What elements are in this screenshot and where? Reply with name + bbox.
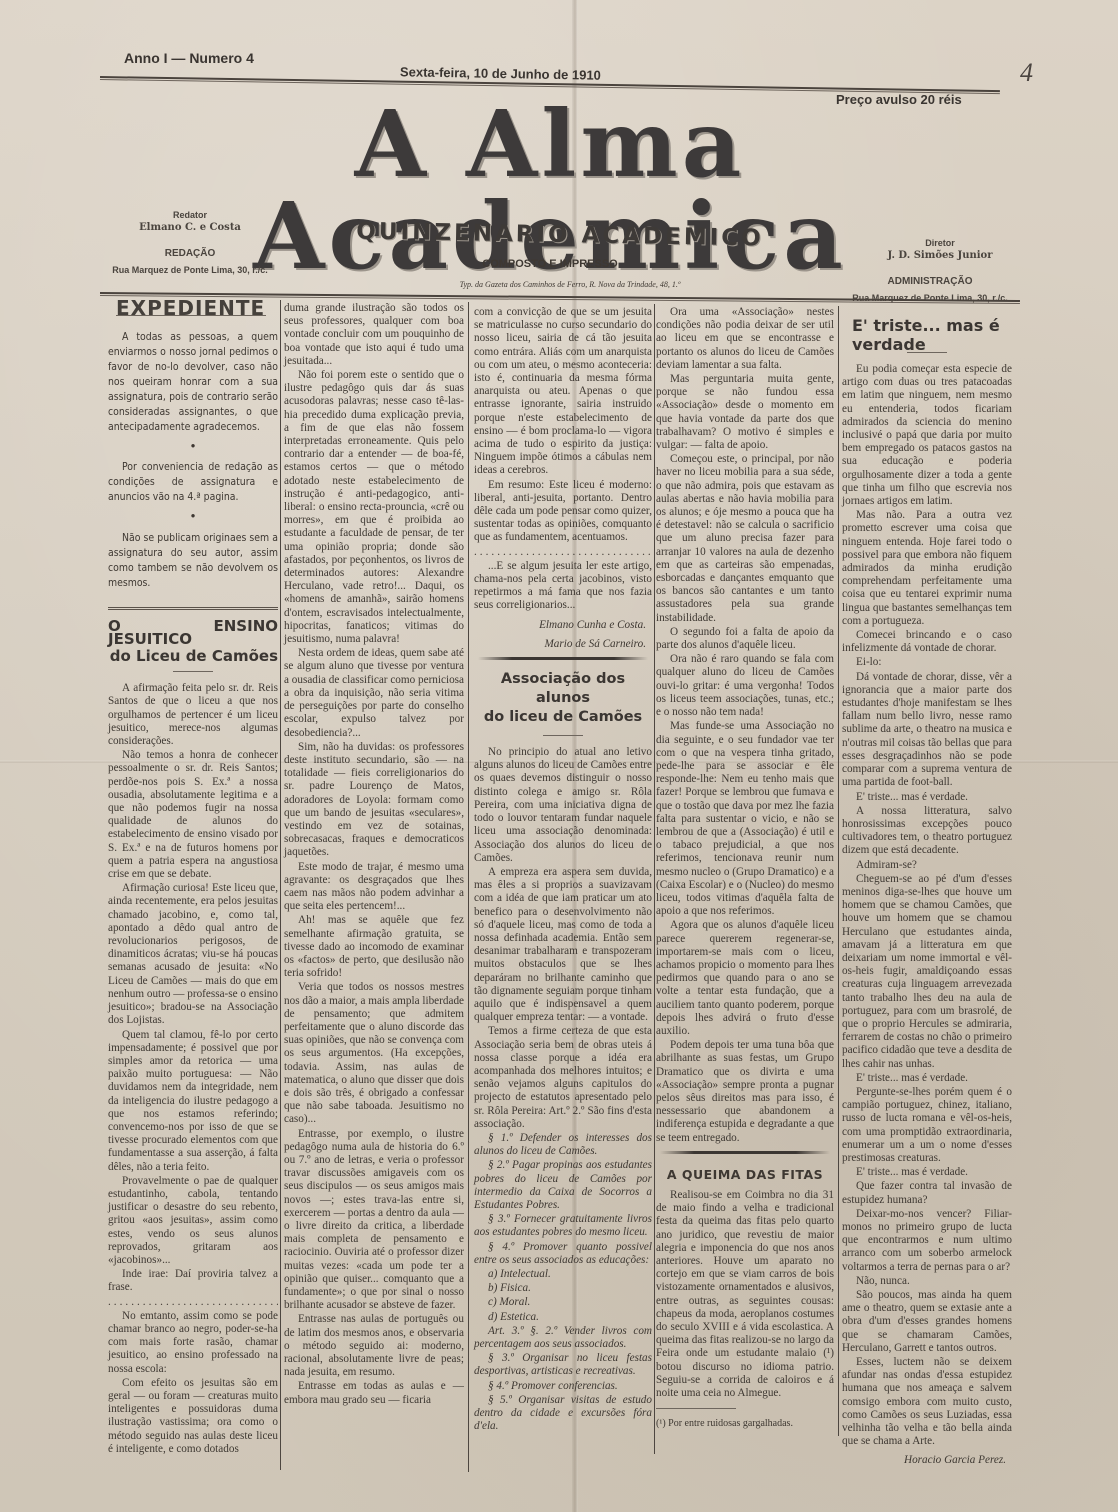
- paragraph: O segundo foi a falta de apoio da parte …: [656, 626, 834, 652]
- column-rule: [468, 302, 469, 1472]
- paragraph: § 2.º Pagar propinas aos estudantes pobr…: [474, 1159, 652, 1212]
- redator-block: Redator Elmano C. e Costa: [110, 210, 270, 233]
- column-rule: [654, 304, 655, 1454]
- ensino-body-col1: A afirmação feita pelo sr. dr. Reis Sant…: [108, 682, 278, 1456]
- paragraph: Entrasse, por exemplo, o ilustre pedagôg…: [284, 1128, 464, 1313]
- list-item: a) Intelectual.: [474, 1268, 652, 1281]
- column-2: duma grande ilustração são todos os seus…: [284, 302, 464, 1408]
- bullet-ornament: ●: [108, 509, 278, 522]
- issue-date: Sexta-feira, 10 de Junho de 1910: [400, 64, 601, 83]
- list-item: b) Fisica.: [474, 1282, 652, 1295]
- paragraph: Não temos a honra de conhecer pessoalmen…: [108, 749, 278, 881]
- column-1: EXPEDIENTE A todas as pessoas, a quem en…: [108, 300, 278, 1457]
- paragraph: § 3.º Organisar no liceu festas desporti…: [474, 1352, 652, 1378]
- ensino-title-line1: O ENSINO JESUITICO: [108, 620, 278, 646]
- divider: [907, 352, 947, 353]
- expediente-paragraph: Não se publicam originaes sem a assignat…: [108, 531, 278, 591]
- expediente-paragraph: Por conveniencia de redação as condições…: [108, 460, 278, 505]
- paragraph: Este modo de trajar, é mesmo uma agravan…: [284, 861, 464, 914]
- paragraph: E' triste... mas é verdade.: [842, 1072, 1012, 1085]
- paragraph: Mas funde-se uma Associação no dia segui…: [656, 720, 834, 918]
- paragraph: Admiram-se?: [842, 859, 1012, 872]
- footnote: (¹) Por entre ruidosas gargalhadas.: [656, 1408, 736, 1430]
- associacao-title-line1: Associação dos alunos: [474, 670, 652, 708]
- paragraph: Ora uma «Associação» nestes condições nã…: [656, 306, 834, 372]
- redacao-address: Rua Marquez de Ponte Lima, 30, r./c.: [100, 265, 280, 275]
- ornamental-rule: [478, 657, 648, 660]
- queima-article-heading: A QUEIMA DAS FITAS: [656, 1168, 834, 1181]
- paragraph: Dá vontade de chorar, disse, vêr a ignor…: [842, 671, 1012, 790]
- paragraph: Quem tal clamou, fê-lo por certo impensa…: [108, 1029, 278, 1174]
- admin-label: ADMINISTRAÇÃO: [840, 276, 1020, 287]
- composto-label: COMPOSTO E IMPRESSO: [420, 258, 680, 270]
- typography-credit: Typ. da Gazeta dos Caminhos de Ferro, R.…: [400, 280, 740, 289]
- associacao-article-heading: Associação dos alunos do liceu de Camões: [474, 670, 652, 727]
- column-4: Ora uma «Associação» nestes condições nã…: [656, 306, 834, 1430]
- paragraph: Art. 3.º §. 2.º Vender livros com percen…: [474, 1325, 652, 1351]
- paragraph: Temos a firme certeza de que esta Associ…: [474, 1025, 652, 1131]
- diretor-label: Diretor: [860, 238, 1020, 248]
- paragraph: Afirmação curiosa! Este liceu que, ainda…: [108, 882, 278, 1027]
- paragraph: com a convicção de que se um jesuita se …: [474, 306, 652, 478]
- divider: [543, 735, 583, 736]
- paragraph: Começou este, o principal, por não haver…: [656, 453, 834, 625]
- ornamental-rule: [660, 1151, 830, 1154]
- handwritten-mark: 4: [1020, 58, 1033, 88]
- expediente-paragraph: A todas as pessoas, a quem enviarmos o n…: [108, 330, 278, 435]
- paragraph: No principio do atual ano letivo alguns …: [474, 746, 652, 865]
- paragraph: Não foi porem este o sentido que o ilust…: [284, 369, 464, 646]
- column-3: com a convicção de que se um jesuita se …: [474, 306, 652, 1434]
- paragraph: Sim, não ha duvidas: os professores dest…: [284, 741, 464, 860]
- paragraph: E' triste... mas é verdade.: [842, 1166, 1012, 1179]
- diretor-name: J. D. Simões Junior: [860, 250, 1020, 261]
- paragraph: Podem depois ter uma tuna bôa que abrilh…: [656, 1039, 834, 1145]
- paragraph: § 3.º Fornecer gratuitamente livros aos …: [474, 1213, 652, 1239]
- paragraph: Esses, luctem não se deixem afundar nas …: [842, 1356, 1012, 1448]
- paragraph: ...E se algum jesuita ler este artigo, c…: [474, 560, 652, 613]
- associacao-title-line2: do liceu de Camões: [474, 708, 652, 727]
- list-item: d) Estetica.: [474, 1311, 652, 1324]
- paragraph: Realisou-se em Coimbra no dia 31 de maio…: [656, 1189, 834, 1400]
- ensino-title-line2: do Liceu de Camões: [108, 650, 278, 663]
- paragraph: Pergunte-se-lhes porém quem é o campião …: [842, 1086, 1012, 1165]
- newspaper-page: Anno I — Numero 4 Sexta-feira, 10 de Jun…: [0, 0, 1118, 1512]
- paragraph: Mas perguntaria muita gente, porque se n…: [656, 373, 834, 452]
- paragraph: Não, nunca.: [842, 1275, 1012, 1288]
- signature: Elmano Cunha e Costa.: [474, 619, 646, 632]
- ensino-article-heading: O ENSINO JESUITICO do Liceu de Camões: [108, 607, 278, 664]
- paragraph: Ah! mas se aquêle que fez semelhante afi…: [284, 914, 464, 980]
- expediente-title: EXPEDIENTE: [116, 302, 266, 316]
- paragraph: Provavelmente o pae de qualquer estudant…: [108, 1175, 278, 1267]
- paragraph: Entrasse nas aulas de português ou de la…: [284, 1313, 464, 1379]
- paragraph: No emtanto, assim como se pode chamar br…: [108, 1310, 278, 1376]
- paragraph: Ei-lo:: [842, 656, 1012, 669]
- paragraph: E' triste... mas é verdade.: [842, 791, 1012, 804]
- signature: Mario de Sá Carneiro.: [474, 638, 646, 651]
- redacao-label: REDAÇÃO: [100, 248, 280, 259]
- paragraph: Cheguem-se ao pé d'um d'esses meninos di…: [842, 873, 1012, 1071]
- paragraph: Veria que todos os nossos mestres nos dã…: [284, 981, 464, 1126]
- issue-number: Anno I — Numero 4: [124, 50, 254, 66]
- paragraph: duma grande ilustração são todos os seus…: [284, 302, 464, 368]
- redator-label: Redator: [110, 210, 270, 220]
- expediente-section: EXPEDIENTE A todas as pessoas, a quem en…: [108, 302, 278, 591]
- column-rule: [280, 300, 281, 1470]
- paragraph: § 4.º Promover conferencias.: [474, 1380, 652, 1393]
- column-5: Eu podia começar esta especie de artigo …: [842, 344, 1012, 1472]
- paragraph: Com efeito os jesuitas são em geral — ou…: [108, 1377, 278, 1456]
- paragraph: Mas não. Para a outra vez prometto escre…: [842, 509, 1012, 628]
- paragraph: A nossa litteratura, salvo honrosissimas…: [842, 805, 1012, 858]
- paragraph: Comecei brincando e o caso infelizmente …: [842, 629, 1012, 655]
- bullet-ornament: ●: [108, 439, 278, 452]
- paragraph: Inde irae: Daí proviria talvez a frase.: [108, 1268, 278, 1294]
- paragraph: § 1.º Defender os interesses dos alunos …: [474, 1132, 652, 1158]
- paragraph: São poucos, mas ainda ha quem ame o thea…: [842, 1289, 1012, 1355]
- redator-name: Elmano C. e Costa: [110, 222, 270, 233]
- signature: Horacio Garcia Perez.: [842, 1454, 1006, 1467]
- column-rule: [838, 306, 839, 1436]
- paragraph: Nesta ordem de ideas, quem sabe até se a…: [284, 647, 464, 739]
- divider: [173, 671, 213, 672]
- redacao-block: REDAÇÃO Rua Marquez de Ponte Lima, 30, r…: [100, 248, 280, 275]
- paragraph: Agora que os alunos d'aquêle liceu parec…: [656, 919, 834, 1038]
- paragraph: Entrasse em todas as aulas e — embora ma…: [284, 1380, 464, 1406]
- paragraph: § 4.º Promover quanto possivel entre os …: [474, 1241, 652, 1267]
- dotted-separator: .................................: [108, 1296, 278, 1309]
- paragraph: Que fazer contra tal invasão de estupide…: [842, 1180, 1012, 1206]
- paragraph: § 5.º Organisar visitas de estudo dentro…: [474, 1394, 652, 1434]
- paragraph: A empreza era aspera sem duvida, mas êle…: [474, 866, 652, 1024]
- list-item: c) Moral.: [474, 1296, 652, 1309]
- paragraph: Em resumo: Este liceu é moderno: liberal…: [474, 479, 652, 545]
- paragraph: Ora não é raro quando se fala com qualqu…: [656, 653, 834, 719]
- paragraph: Deixar-mo-nos vencer? Filiar-monos no pr…: [842, 1208, 1012, 1274]
- diretor-block: Diretor J. D. Simões Junior: [860, 238, 1020, 261]
- paragraph: Eu podia começar esta especie de artigo …: [842, 363, 1012, 508]
- dotted-separator: .................................: [474, 546, 652, 559]
- paragraph: A afirmação feita pelo sr. dr. Reis Sant…: [108, 682, 278, 748]
